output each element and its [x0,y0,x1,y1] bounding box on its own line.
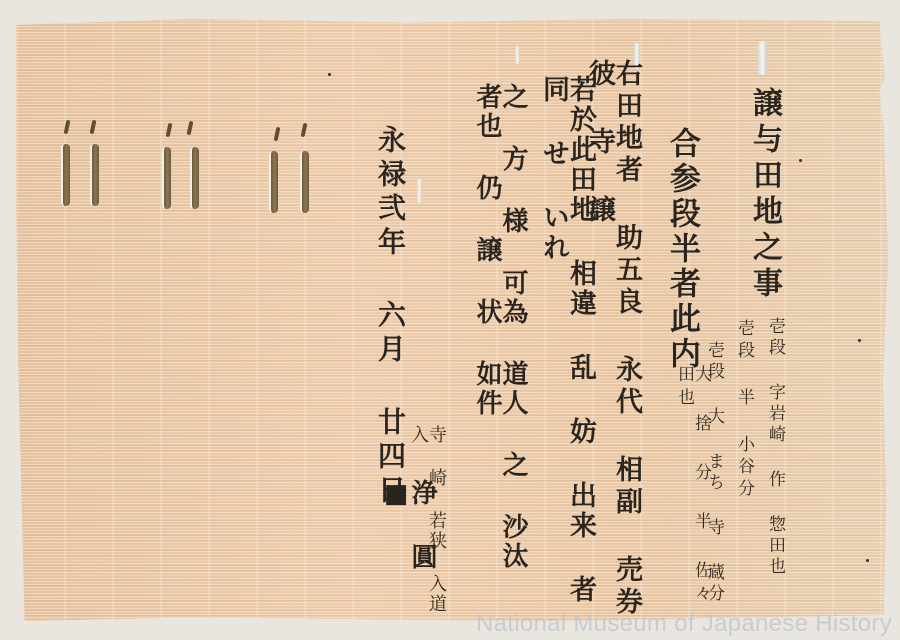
binding-hole [300,151,309,213]
hole-mark [274,127,281,142]
binding-hole [61,144,70,206]
hole-mark [64,120,71,135]
text-column-body-2: 若於此田地 相違 乱 妨 出来 者 同 せ いれ [540,75,594,621]
hole-mark [187,121,194,136]
small-hole [515,46,520,64]
text-column-item-1: 壱段 字岩崎 作 惣田也 [766,317,783,578]
binding-hole [162,147,171,209]
signer-seal: 浄 圓 ■ [383,479,435,621]
ink-spot [866,559,869,562]
document-paper: 譲与田地之事 合参段半者此内 壱段 字岩崎 作 惣田也 壱段 半 小谷分 壱段 … [16,19,888,621]
text-column-item-2: 壱段 半 小谷分 [735,319,752,501]
binding-hole [90,144,99,206]
hole-mark [166,123,173,138]
ink-spot [858,339,861,342]
ink-spot [328,73,331,76]
text-column-item-4: 大 捨 分 半 佐々田也 [675,365,709,621]
binding-hole [269,151,278,213]
hole-mark [90,120,97,135]
small-hole [417,179,422,203]
museum-watermark: National Museum of Japanese History [476,610,892,638]
text-column-area-total: 合参段半者此内 [666,127,697,372]
document-title: 譲与田地之事 [749,87,779,303]
hole-mark [301,123,308,138]
small-hole [758,41,767,75]
binding-hole [190,147,199,209]
ink-spot [799,159,802,162]
text-column-body-3: 之 方 様 可為 道人 之 沙汰 者也 仍 譲 状 如件 [474,83,526,621]
document-date: 永禄弐年 六月 廿四日 [376,125,404,509]
